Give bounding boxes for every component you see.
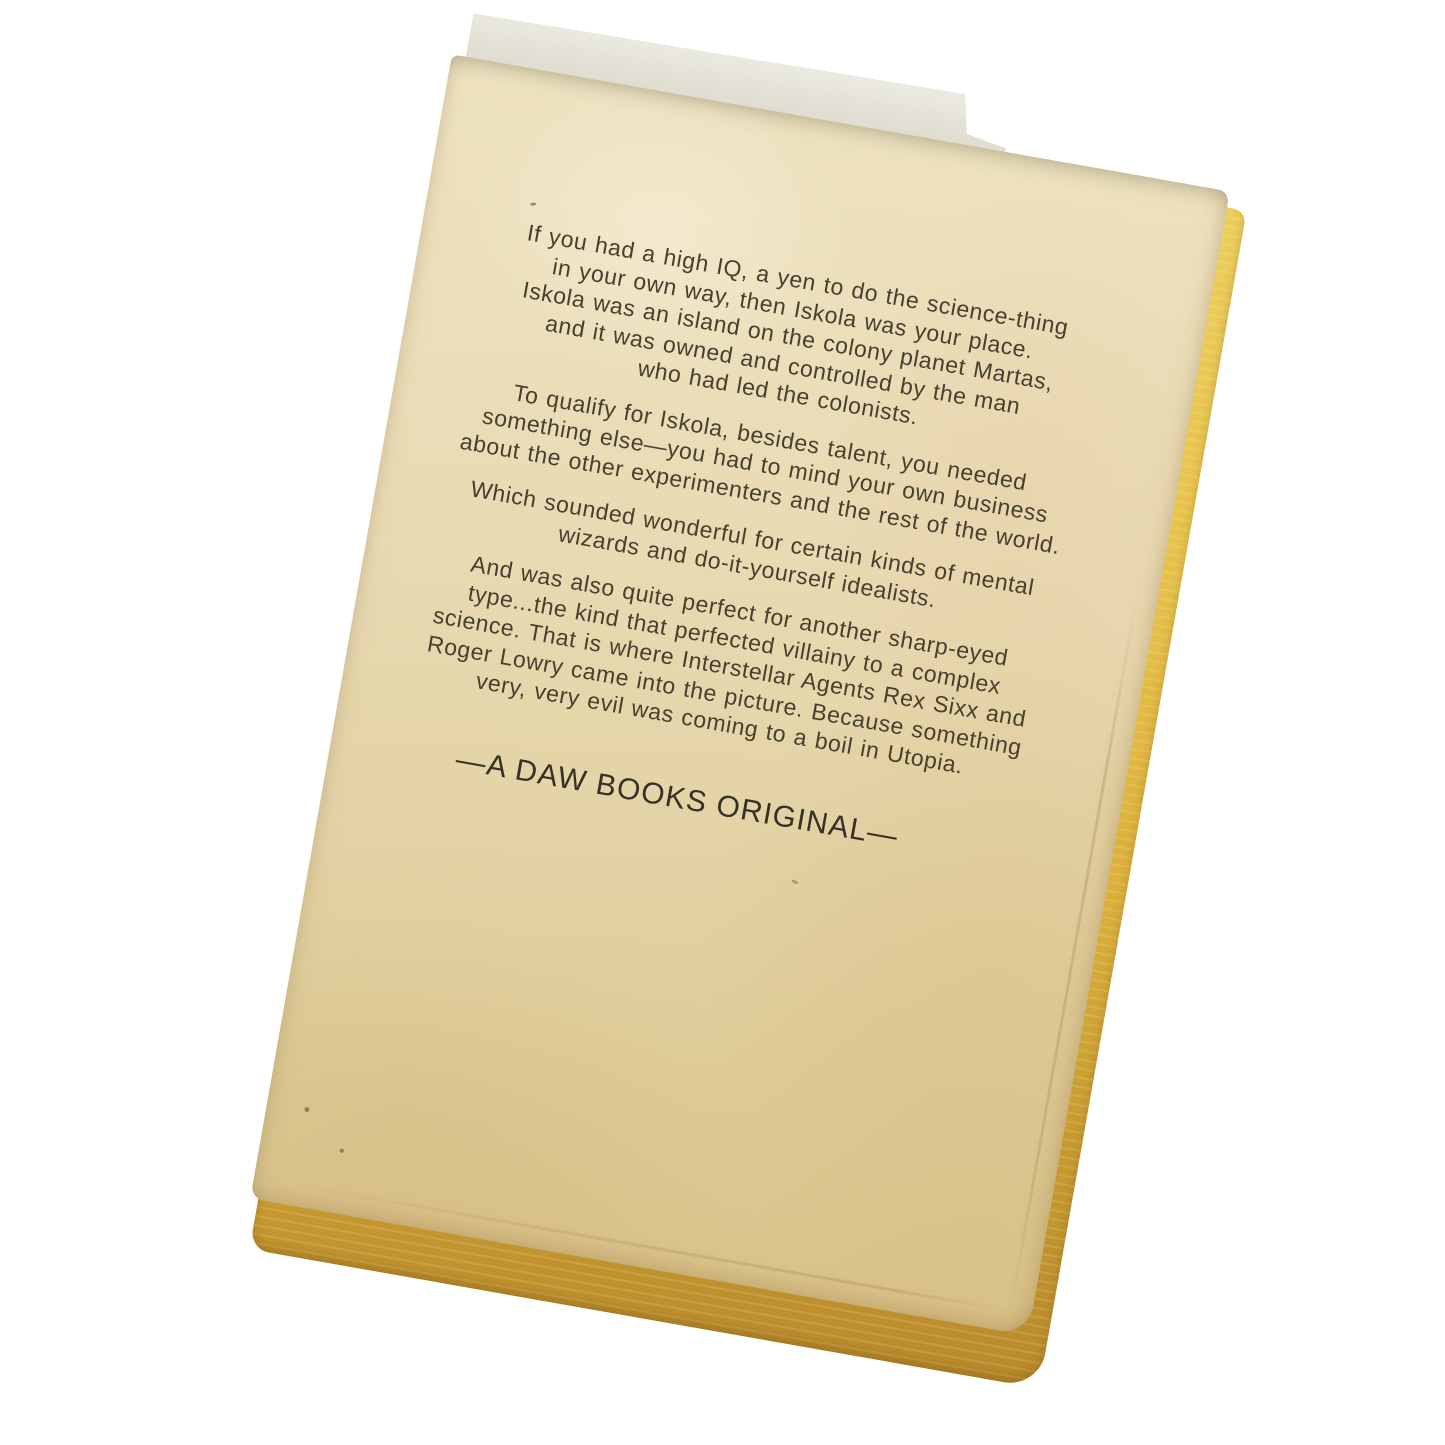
- stain-speck: [339, 1148, 344, 1153]
- back-cover: If you had a high IQ, a yen to do the sc…: [250, 54, 1230, 1336]
- product-photo: If you had a high IQ, a yen to do the sc…: [0, 0, 1445, 1445]
- paperback-book: If you had a high IQ, a yen to do the sc…: [250, 54, 1230, 1336]
- stain-speck: [530, 202, 536, 206]
- stain-speck: [791, 879, 799, 885]
- back-cover-blurb: If you had a high IQ, a yen to do the sc…: [358, 205, 1145, 881]
- stain-speck: [304, 1107, 310, 1113]
